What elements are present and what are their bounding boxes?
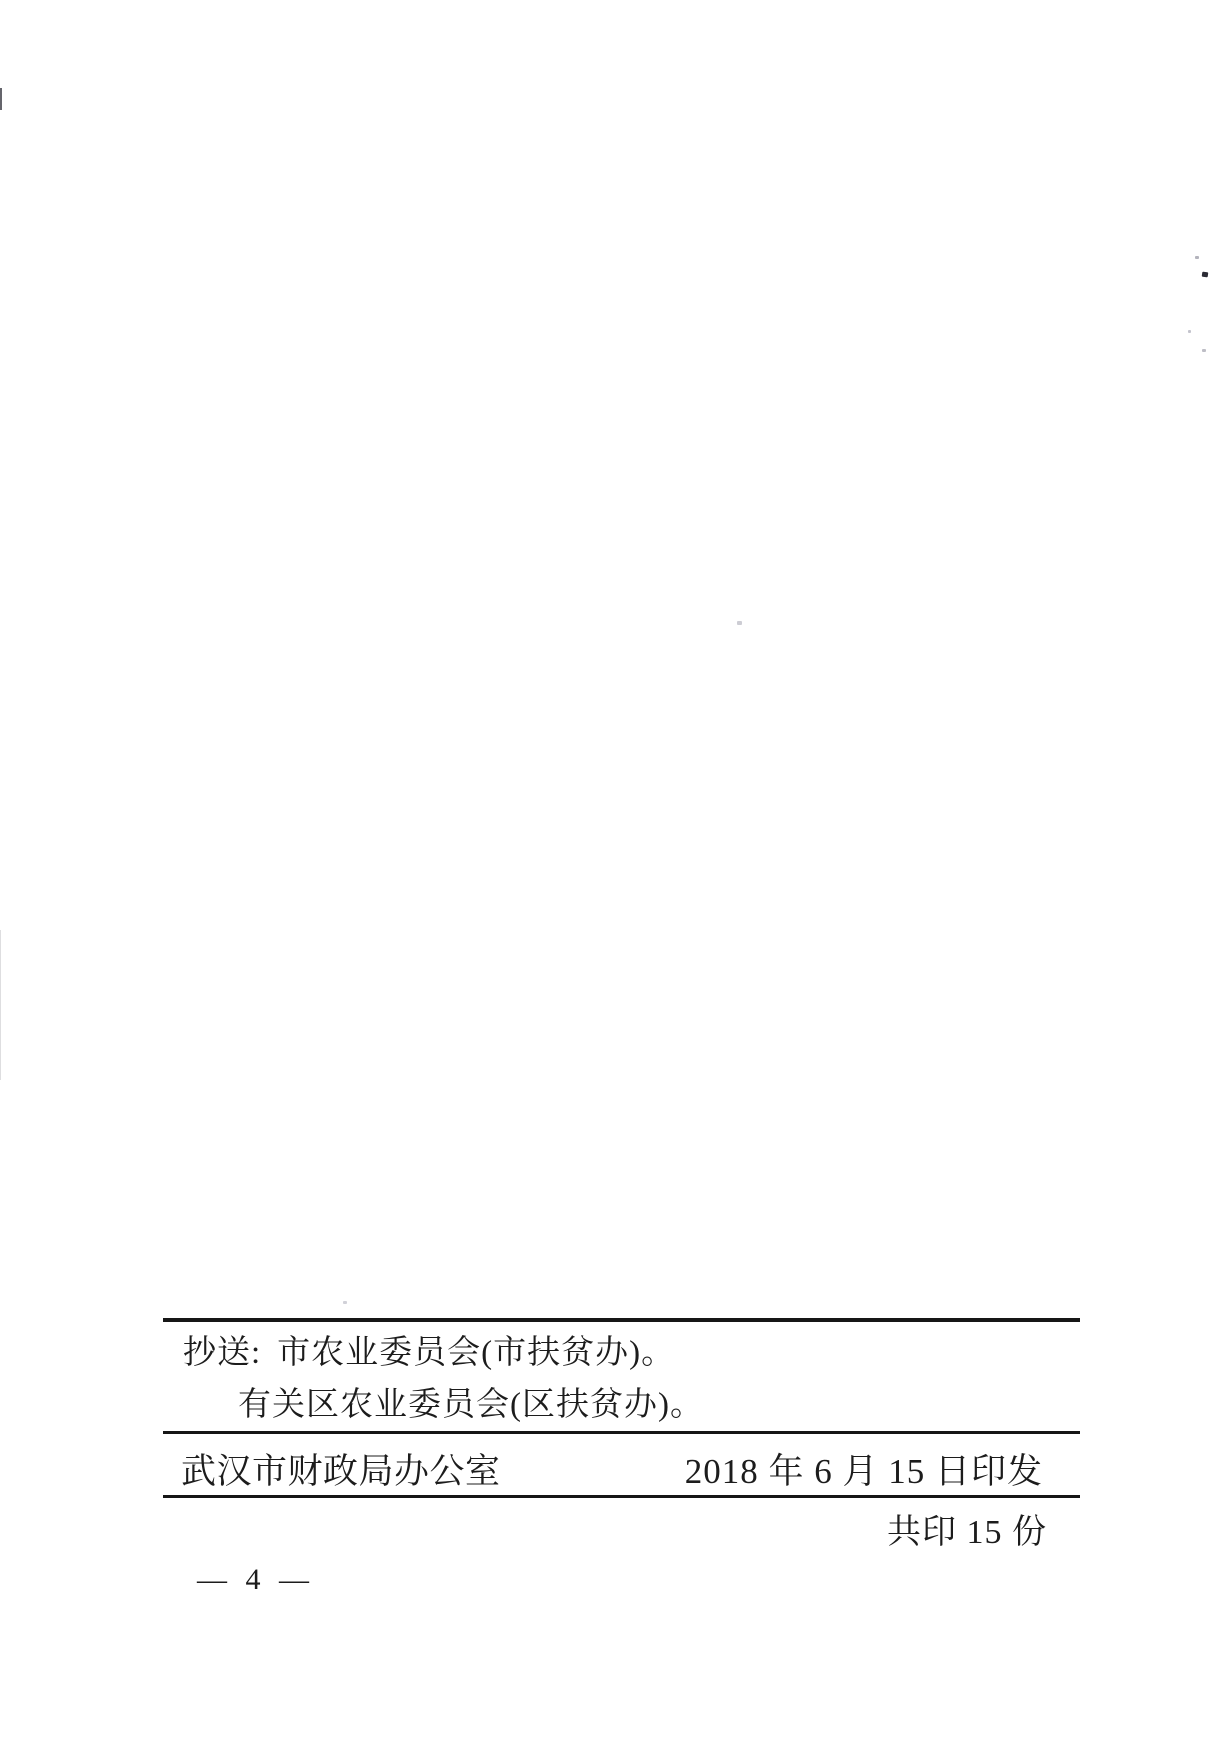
scanned-document-page: 抄送:市农业委员会(市扶贫办)。 有关区农业委员会(区扶贫办)。 武汉市财政局办… <box>0 0 1213 1754</box>
cc-recipient-2: 有关区农业委员会(区扶贫办)。 <box>238 1387 704 1423</box>
issuer-row: 武汉市财政局办公室 2018 年 6 月 15 日印发 <box>181 1450 1043 1494</box>
scan-edge-artifact <box>0 930 1 1080</box>
scan-speck <box>1202 349 1206 352</box>
scan-speck <box>1202 272 1209 278</box>
footer-bottom-separator-line <box>163 1495 1080 1498</box>
cc-recipient-1: 市农业委员会(市扶贫办)。 <box>277 1335 675 1371</box>
cc-row-1: 抄送:市农业委员会(市扶贫办)。 <box>183 1333 675 1373</box>
scan-speck <box>1188 330 1191 333</box>
print-date: 2018 年 6 月 15 日印发 <box>685 1450 1043 1494</box>
scan-edge-artifact <box>0 88 2 110</box>
scan-speck <box>1195 256 1199 259</box>
page-number: — 4 — <box>197 1561 310 1599</box>
issuing-office: 武汉市财政局办公室 <box>181 1450 501 1494</box>
footer-middle-separator-line <box>163 1431 1080 1434</box>
scan-speck <box>737 621 742 625</box>
copies-count: 共印 15 份 <box>887 1512 1047 1554</box>
cc-row-2: 有关区农业委员会(区扶贫办)。 <box>238 1385 704 1425</box>
cc-label: 抄送: <box>183 1335 261 1371</box>
footer-top-separator-line <box>163 1318 1080 1322</box>
scan-speck <box>343 1301 347 1304</box>
